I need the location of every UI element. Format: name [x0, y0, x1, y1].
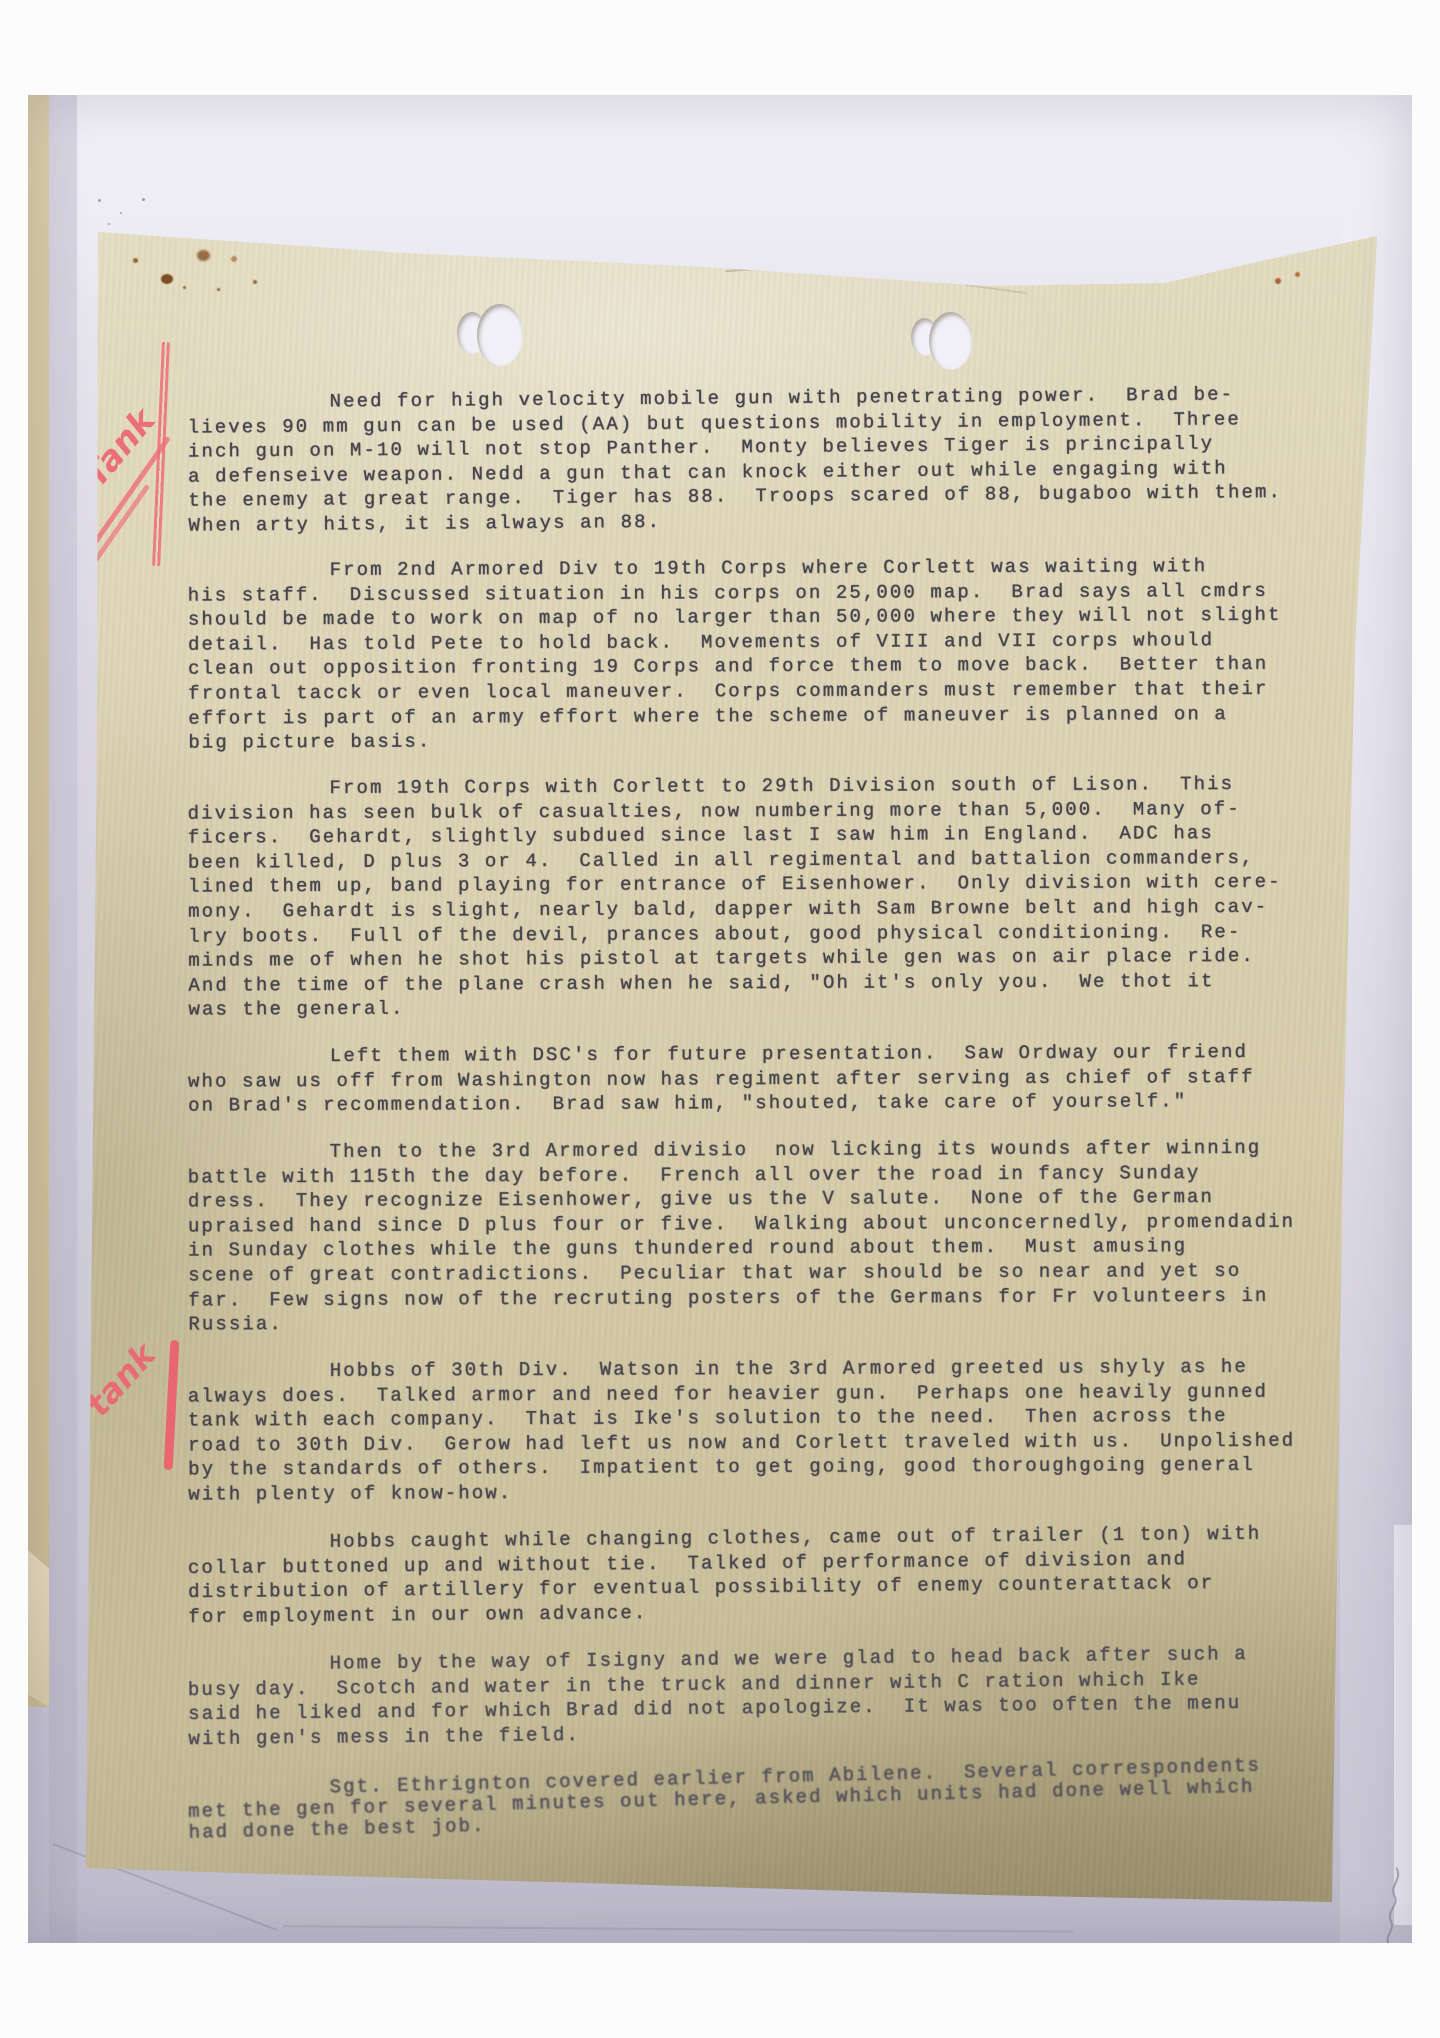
punch-hole-lobe — [929, 312, 972, 370]
text-line: Russia. — [188, 1308, 1363, 1338]
punch-hole — [911, 312, 973, 373]
typed-text: Need for high velocity mobile gun with p… — [188, 386, 1363, 1830]
paragraph: Home by the way of Isigny and we were gl… — [188, 1641, 1364, 1752]
backing-sheet-right-bright — [1394, 1525, 1412, 1925]
stain — [1295, 272, 1300, 277]
punch-hole-lobe — [477, 304, 523, 366]
stain — [253, 280, 257, 284]
screenshot-canvas: Tank tank Need for high velocity mobile … — [0, 0, 1440, 2038]
stain — [217, 288, 220, 291]
speck — [108, 223, 110, 225]
speck — [98, 199, 101, 202]
paragraph: Need for high velocity mobile gun with p… — [187, 381, 1363, 538]
document-page: Tank tank Need for high velocity mobile … — [85, 228, 1380, 1908]
text-line: big picture basis. — [188, 725, 1363, 755]
backing-edge-line — [283, 1925, 1073, 1933]
stain — [133, 258, 138, 263]
speck — [142, 198, 145, 201]
paragraph: From 19th Corps with Corlett to 29th Div… — [187, 772, 1363, 1023]
punch-hole — [457, 304, 525, 370]
stain — [1275, 278, 1281, 284]
paragraph: Left them with DSC's for future presenta… — [188, 1040, 1363, 1119]
text-line: was the general. — [188, 993, 1363, 1023]
paragraph: Hobbs of 30th Div. Watson in the 3rd Arm… — [188, 1354, 1364, 1507]
text-line: with plenty of know-how. — [188, 1477, 1363, 1507]
paragraph: From 2nd Armored Div to 19th Corps where… — [188, 553, 1364, 755]
document-photo: Tank tank Need for high velocity mobile … — [28, 95, 1412, 1943]
stain — [197, 250, 210, 261]
left-shadow-strip — [49, 95, 77, 1943]
paragraph: Then to the 3rd Armored divisio now lick… — [188, 1135, 1364, 1337]
paragraph: Hobbs caught while changing clothes, cam… — [188, 1521, 1364, 1630]
stain — [231, 256, 237, 262]
stain — [183, 286, 186, 289]
speck — [120, 212, 122, 214]
text-line: effort is part of an army effort where t… — [188, 701, 1363, 731]
adjacent-page-fold — [28, 1550, 49, 1707]
adjacent-page-edge — [28, 95, 49, 1707]
text-line: by the standards of others. Impatient to… — [188, 1453, 1363, 1483]
stain — [161, 274, 173, 284]
text-line: on Brad's recommendation. Brad saw him, … — [188, 1089, 1363, 1119]
